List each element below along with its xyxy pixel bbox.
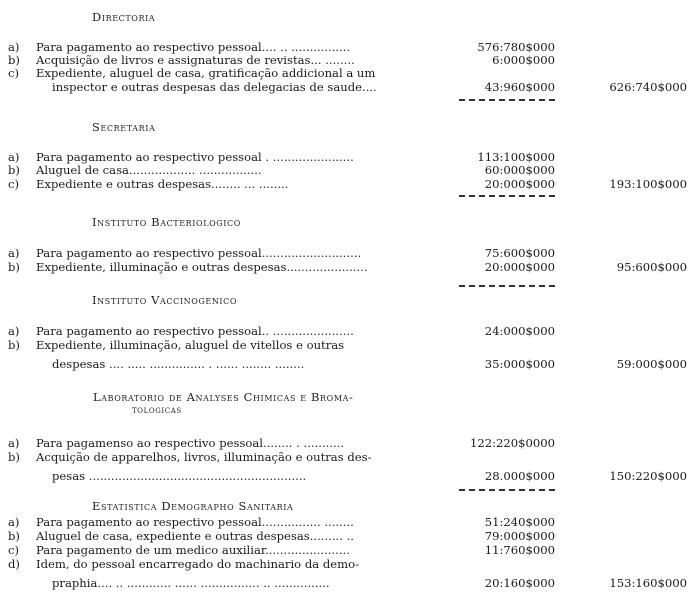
line-item: a) Para pagamento ao respectivo pessoal.… bbox=[0, 40, 695, 54]
item-amount: 20:000$000 bbox=[485, 177, 555, 191]
item-amount: 35:000$000 bbox=[485, 357, 555, 371]
line-item: b) Aluguel de casa, expediente e outras … bbox=[0, 529, 695, 543]
section-heading: Directoria bbox=[92, 10, 155, 24]
section-heading: Laboratorio de Analyses Chimicas e Broma… bbox=[93, 390, 354, 404]
item-amount: 79:000$000 bbox=[485, 529, 555, 543]
line-item: a) Para pagamenso ao respectivo pessoal.… bbox=[0, 436, 695, 450]
item-amount: 20:160$000 bbox=[485, 576, 555, 590]
section-heading: Instituto Vaccinogenico bbox=[92, 293, 237, 307]
line-item: a) Para pagamento ao respectivo pessoal.… bbox=[0, 246, 695, 260]
line-item: c) Expediente, aluguel de casa, gratific… bbox=[0, 66, 695, 80]
line-item-continuation: pesas ..................................… bbox=[0, 469, 695, 483]
line-item: a) Para pagamento ao respectivo pessoal.… bbox=[0, 515, 695, 529]
section-total: 59:000$000 bbox=[617, 357, 687, 371]
line-item: b) Expediente, illuminação e outras desp… bbox=[0, 260, 695, 274]
sum-rule bbox=[459, 195, 555, 197]
line-item-continuation: despesas .... ..... ............... . ..… bbox=[0, 357, 695, 371]
line-item: c) Expediente e outras despesas........ … bbox=[0, 177, 695, 191]
sum-rule bbox=[459, 489, 555, 491]
item-amount: 28.000$000 bbox=[485, 469, 555, 483]
sum-rule bbox=[459, 285, 555, 287]
line-item: a) Para pagamento ao respectivo pessoal … bbox=[0, 150, 695, 164]
line-item: b) Acquição de apparelhos, livros, illum… bbox=[0, 450, 695, 464]
section-heading: Estatistica Demographo Sanitaria bbox=[92, 499, 293, 513]
line-item-continuation: inspector e outras despesas das delegaci… bbox=[0, 80, 695, 94]
item-amount: 113:100$000 bbox=[477, 150, 555, 164]
item-amount: 11:760$000 bbox=[485, 543, 555, 557]
line-item: b) Aluguel de casa.................. ...… bbox=[0, 163, 695, 177]
section-total: 150:220$000 bbox=[609, 469, 687, 483]
line-item: b) Acquisição de livros e assignaturas d… bbox=[0, 53, 695, 67]
sum-rule bbox=[459, 99, 555, 101]
item-amount: 43:960$000 bbox=[485, 80, 555, 94]
line-item: a) Para pagamento ao respectivo pessoal.… bbox=[0, 324, 695, 338]
item-amount: 6:000$000 bbox=[492, 53, 555, 67]
item-amount: 75:600$000 bbox=[485, 246, 555, 260]
section-heading-continuation: tologicas bbox=[132, 404, 182, 416]
line-item-continuation: praphia.... .. ............ ...... .....… bbox=[0, 576, 695, 590]
item-amount: 576:780$000 bbox=[477, 40, 555, 54]
item-amount: 122:220$0000 bbox=[470, 436, 555, 450]
section-total: 193:100$000 bbox=[609, 177, 687, 191]
section-total: 95:600$000 bbox=[617, 260, 687, 274]
line-item: d) Idem, do pessoal encarregado do machi… bbox=[0, 557, 695, 571]
section-heading: Secretaria bbox=[92, 120, 155, 134]
section-heading: Instituto Bacteriologico bbox=[92, 215, 241, 229]
section-total: 626:740$000 bbox=[609, 80, 687, 94]
item-amount: 60:000$000 bbox=[485, 163, 555, 177]
line-item: b) Expediente, illuminação, aluguel de v… bbox=[0, 338, 695, 352]
item-amount: 51:240$000 bbox=[485, 515, 555, 529]
section-total: 153:160$000 bbox=[609, 576, 687, 590]
budget-page: Directoria a) Para pagamento ao respecti… bbox=[0, 0, 695, 600]
item-amount: 20:000$000 bbox=[485, 260, 555, 274]
item-amount: 24:000$000 bbox=[485, 324, 555, 338]
line-item: c) Para pagamento de um medico auxiliar.… bbox=[0, 543, 695, 557]
